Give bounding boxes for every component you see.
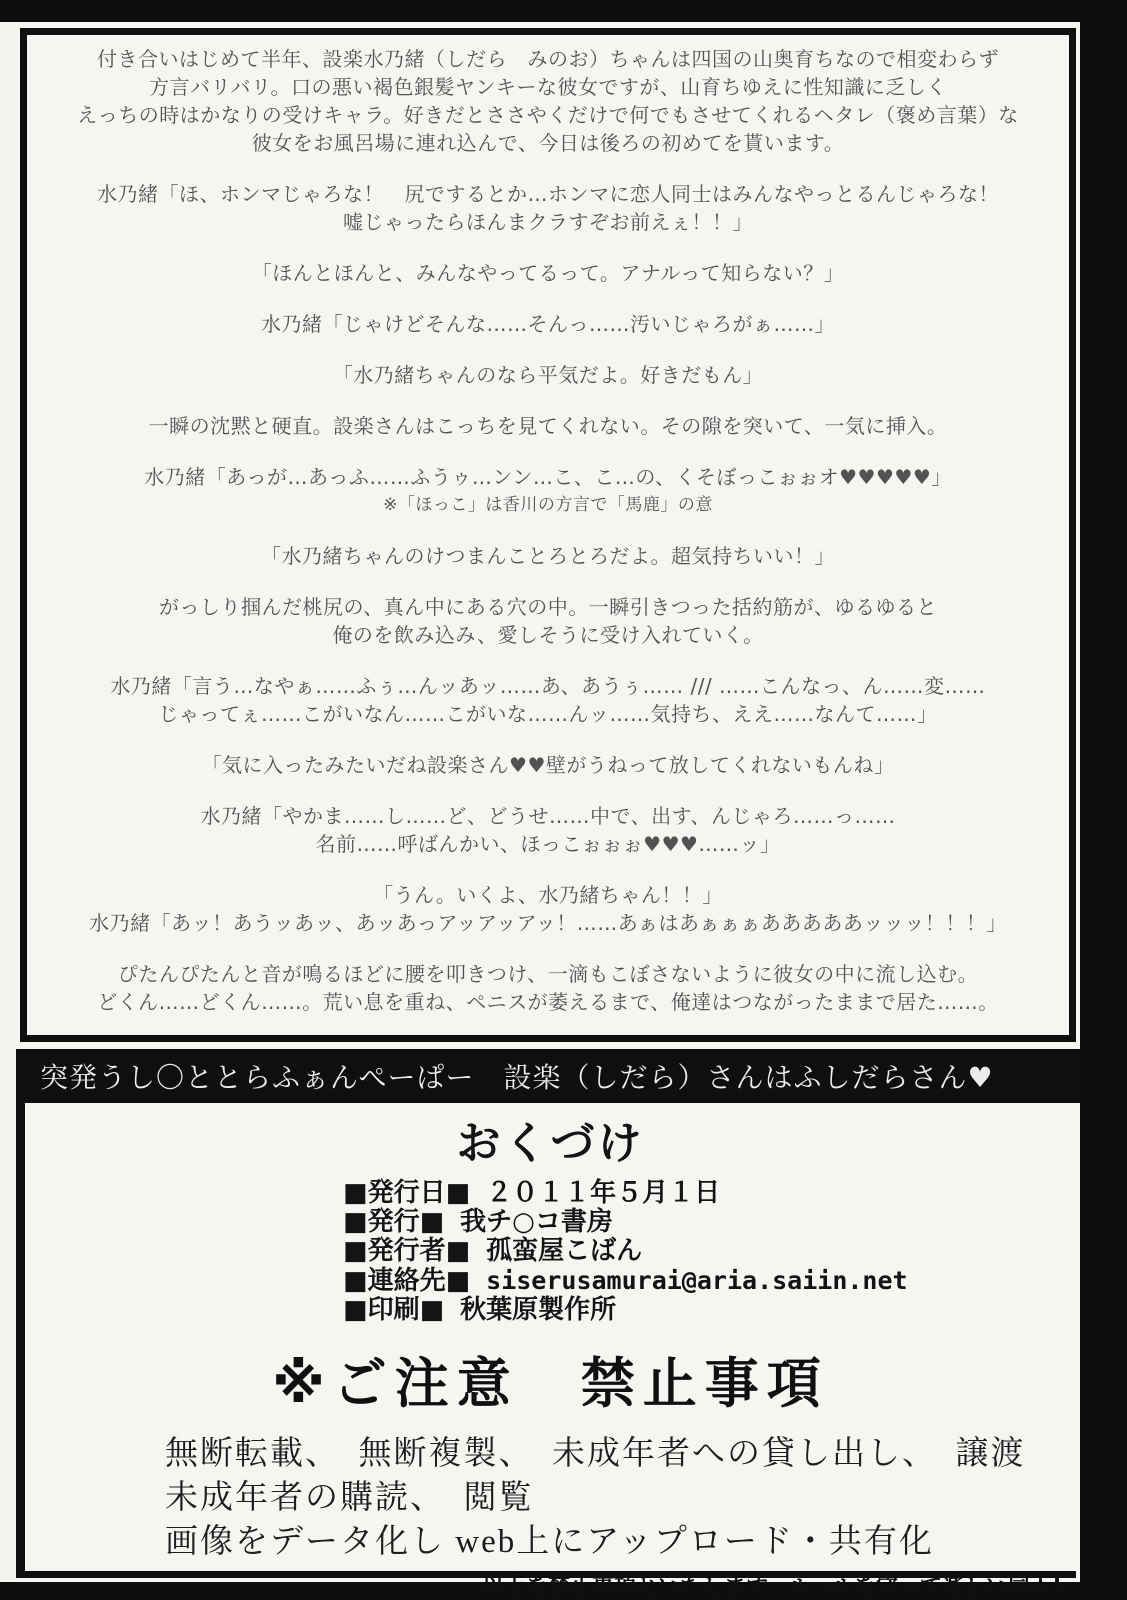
story-line: 名前……呼ばんかい、ほっこぉぉぉ♥♥♥……ッ」 [37,830,1059,858]
entry-label: ■連絡先■ [343,1266,470,1296]
story-paragraph: 付き合いはじめて半年、設楽水乃緒（しだら みのお）ちゃんは四国の山奥育ちなので相… [37,45,1059,157]
story-paragraph: 一瞬の沈黙と硬直。設楽さんはこっちを見てくれない。その隙を突いて、一気に挿入。 [37,412,1059,440]
entry-value: 秋葉原製作所 [460,1295,616,1325]
prohibited-item-line: 無断転載、 無断複製、 未成年者への貸し出し、 譲渡 [165,1432,1076,1476]
story-paragraph: 「水乃緒ちゃんのけつまんことろとろだよ。超気持ちいい！」 [37,542,1059,570]
story-paragraph: 「ほんとほんと、みんなやってるって。アナルって知らない？」 [37,259,1059,287]
story-paragraph: 水乃緒「やかま……し……ど、どうせ……中で、出す、んじゃろ……っ…… 名前……呼… [37,802,1059,858]
colophon-entry-author: ■発行者■孤蛮屋こばん [343,1237,1076,1266]
colophon-entry-contact: ■連絡先■siserusamurai@aria.saiin.net [343,1266,1076,1296]
story-paragraph: ぴたんぴたんと音が鳴るほどに腰を叩きつけ、一滴もこぼさないように彼女の中に流し込… [37,960,1059,1016]
notice-footer: 以上を禁止事項といたします。ルールを守って楽しい同人! [25,1570,1076,1600]
story-line: 俺のを飲み込み、愛しそうに受け入れていく。 [37,621,1059,649]
colophon-entry-printer: ■印刷■秋葉原製作所 [343,1296,1076,1325]
story-line: 彼女をお風呂場に連れ込んで、今日は後ろの初めてを貰います。 [37,129,1059,157]
story-line: 方言バリバリ。口の悪い褐色銀髪ヤンキーな彼女ですが、山育ちゆえに性知識に乏しく [37,73,1059,101]
story-line: 一瞬の沈黙と硬直。設楽さんはこっちを見てくれない。その隙を突いて、一気に挿入。 [37,412,1059,440]
story-paragraph: 「気に入ったみたいだね設楽さん♥♥壁がうねって放してくれないもんね」 [37,751,1059,779]
story-paragraph: 水乃緒「ほ、ホンマじゃろな！ 尻でするとか…ホンマに恋人同士はみんなやっとるんじ… [37,180,1059,236]
story-paragraph: 水乃緒「あっが…あっふ……ふうゥ…ンン…こ、こ…の、くそぼっこぉぉオ♥♥♥♥♥」… [37,463,1059,519]
story-line: 「ほんとほんと、みんなやってるって。アナルって知らない？」 [37,259,1059,287]
story-footnote: ※「ほっこ」は香川の方言で「馬鹿」の意 [37,491,1059,519]
story-paragraph: 水乃緒「言う…なやぁ……ふぅ…んッあッ……あ、あうぅ…… /// ……こんなっ、… [37,672,1059,728]
entry-value: 孤蛮屋こばん [486,1236,642,1266]
story-line: じゃってぇ……こがいなん……こがいな……んッ……気持ち、ええ……なんて……」 [37,700,1059,728]
story-line: 「水乃緒ちゃんのなら平気だよ。好きだもん」 [37,361,1059,389]
story-paragraph: 「うん。いくよ、水乃緒ちゃん！！」 水乃緒「あッ！あうッあッ、あッあっアッアッア… [37,881,1059,937]
story-paragraph: がっしり掴んだ桃尻の、真ん中にある穴の中。一瞬引きつった括約筋が、ゆるゆると 俺… [37,593,1059,649]
prohibited-items-list: 無断転載、 無断複製、 未成年者への貸し出し、 譲渡 未成年者の購読、 閲覧 画… [165,1432,1076,1564]
colophon-title: おくづけ [25,1107,1076,1171]
prohibited-item-line: 未成年者の購読、 閲覧 [165,1476,1076,1520]
story-line: 水乃緒「あッ！あうッあッ、あッあっアッアッアッ！……あぁはあぁぁぁあああああッッ… [37,909,1059,937]
colophon-entry-publisher: ■発行■我チ○コ書房 [343,1208,1076,1237]
story-line: がっしり掴んだ桃尻の、真ん中にある穴の中。一瞬引きつった括約筋が、ゆるゆると [37,593,1059,621]
notice-heading: ※ご注意 禁止事項 [25,1341,1076,1418]
colophon-entry-publish-date: ■発行日■２０１１年５月１日 [343,1179,1076,1208]
entry-label: ■印刷■ [343,1295,444,1325]
entry-value: ２０１１年５月１日 [486,1178,720,1208]
story-line: 水乃緒「ほ、ホンマじゃろな！ 尻でするとか…ホンマに恋人同士はみんなやっとるんじ… [37,180,1059,208]
colophon-section: おくづけ ■発行日■２０１１年５月１日 ■発行■我チ○コ書房 ■発行者■孤蛮屋こ… [16,1103,1076,1578]
story-section: 付き合いはじめて半年、設楽水乃緒（しだら みのお）ちゃんは四国の山奥育ちなので相… [20,28,1076,1042]
fan-paper-title: 突発うし〇ととらふぁんぺーぱー 設楽（しだら）さんはふしだらさん♥ [40,1056,994,1096]
story-line: 付き合いはじめて半年、設楽水乃緒（しだら みのお）ちゃんは四国の山奥育ちなので相… [37,45,1059,73]
fan-paper-title-banner: 突発うし〇ととらふぁんぺーぱー 設楽（しだら）さんはふしだらさん♥ [16,1049,1080,1103]
entry-value: 我チ○コ書房 [460,1207,613,1237]
story-line: 水乃緒「やかま……し……ど、どうせ……中で、出す、んじゃろ……っ…… [37,802,1059,830]
entry-label: ■発行日■ [343,1178,470,1208]
story-line: 「水乃緒ちゃんのけつまんことろとろだよ。超気持ちいい！」 [37,542,1059,570]
story-line: 「うん。いくよ、水乃緒ちゃん！！」 [37,881,1059,909]
entry-label: ■発行■ [343,1207,444,1237]
colophon-entries: ■発行日■２０１１年５月１日 ■発行■我チ○コ書房 ■発行者■孤蛮屋こばん ■連… [343,1179,1076,1325]
story-paragraph: 「水乃緒ちゃんのなら平気だよ。好きだもん」 [37,361,1059,389]
story-line: えっちの時はかなりの受けキャラ。好きだとささやくだけで何でもさせてくれるヘタレ（… [37,101,1059,129]
contact-email: siserusamurai@aria.saiin.net [486,1266,907,1295]
story-line: 水乃緒「言う…なやぁ……ふぅ…んッあッ……あ、あうぅ…… /// ……こんなっ、… [37,672,1059,700]
story-line: 嘘じゃったらほんまクラすぞお前えぇ！！」 [37,208,1059,236]
story-line: どくん……どくん……。荒い息を重ね、ペニスが萎えるまで、俺達はつながったままで居… [37,988,1059,1016]
story-paragraph: 水乃緒「じゃけどそんな……そんっ……汚いじゃろがぁ……」 [37,310,1059,338]
story-line: 「気に入ったみたいだね設楽さん♥♥壁がうねって放してくれないもんね」 [37,751,1059,779]
story-line: 水乃緒「じゃけどそんな……そんっ……汚いじゃろがぁ……」 [37,310,1059,338]
prohibited-item-line: 画像をデータ化し web上にアップロード・共有化 [165,1520,1076,1564]
story-line: 水乃緒「あっが…あっふ……ふうゥ…ンン…こ、こ…の、くそぼっこぉぉオ♥♥♥♥♥」 [37,463,1059,491]
story-line: ぴたんぴたんと音が鳴るほどに腰を叩きつけ、一滴もこぼさないように彼女の中に流し込… [37,960,1059,988]
entry-label: ■発行者■ [343,1236,470,1266]
